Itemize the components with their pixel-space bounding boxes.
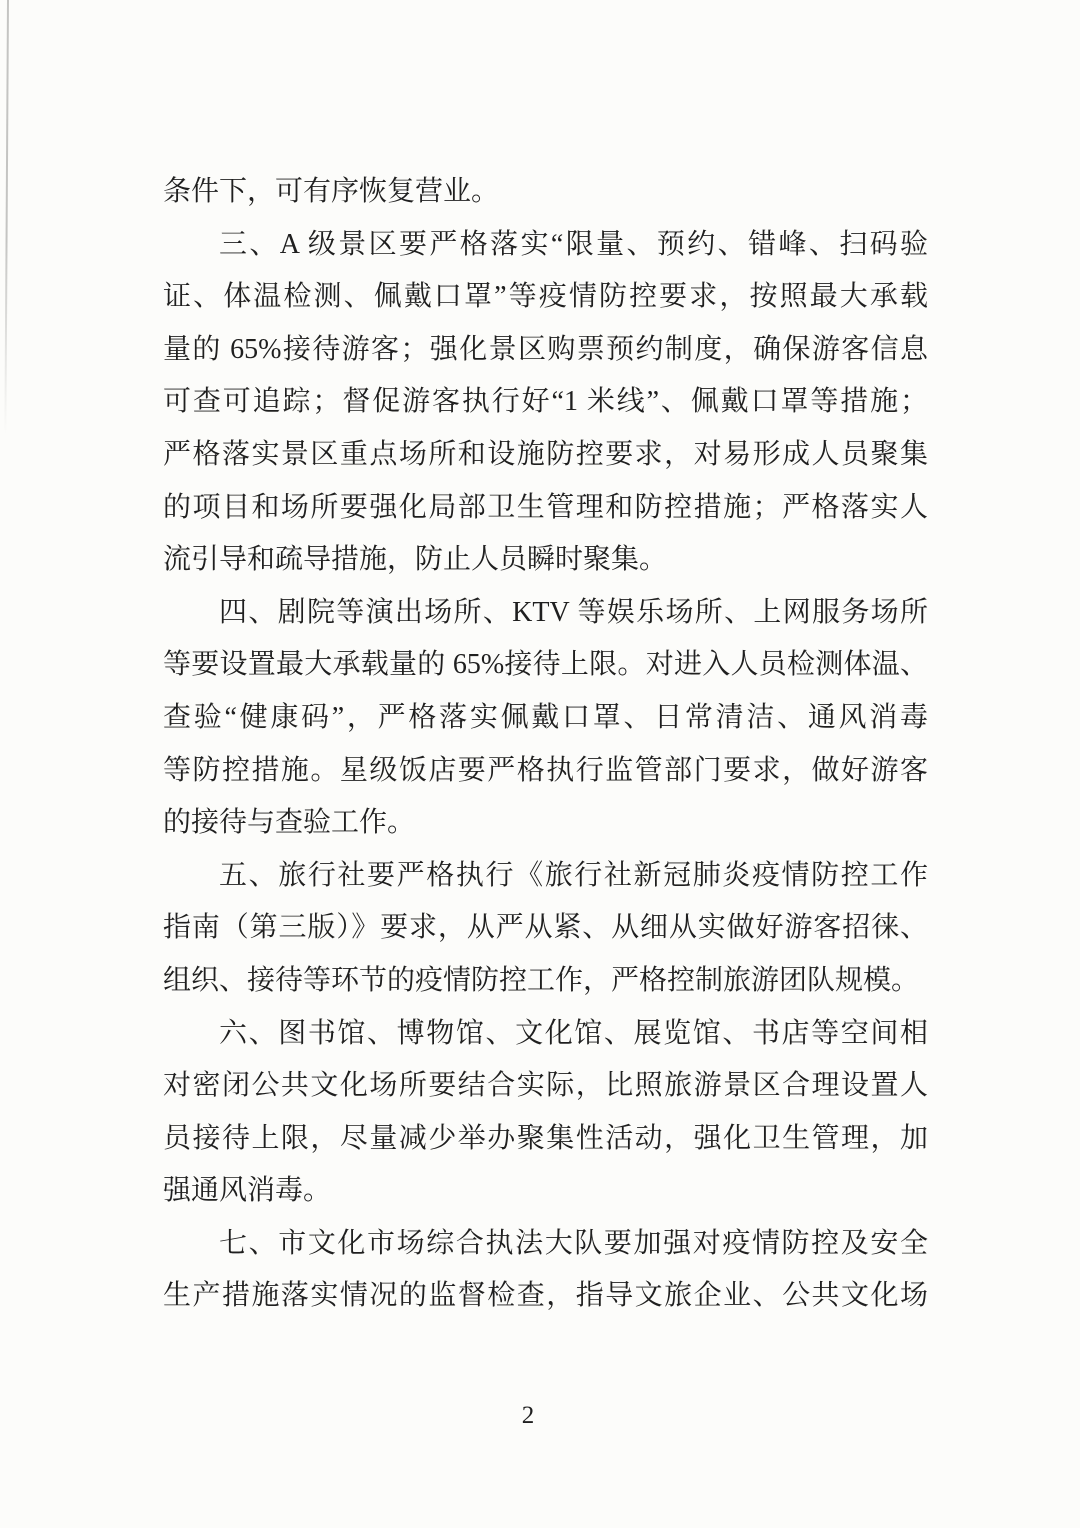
text-line: 三、A 级景区要严格落实“限量、预约、错峰、扫码验 (163, 219, 928, 272)
text-line: 的项目和场所要强化局部卫生管理和防控措施；严格落实人 (163, 482, 928, 535)
text-line: 五、旅行社要严格执行《旅行社新冠肺炎疫情防控工作 (163, 850, 928, 903)
text-line: 等防控措施。星级饭店要严格执行监管部门要求，做好游客 (163, 745, 928, 798)
page-number: 2 (0, 1400, 1056, 1432)
text-line: 的接待与查验工作。 (163, 797, 928, 850)
text-line: 条件下，可有序恢复营业。 (163, 166, 928, 219)
document-body: 条件下，可有序恢复营业。三、A 级景区要严格落实“限量、预约、错峰、扫码验证、体… (163, 166, 928, 1323)
text-line: 员接待上限，尽量减少举办聚集性活动，强化卫生管理，加 (163, 1113, 928, 1166)
text-line: 可查可追踪；督促游客执行好“1 米线”、佩戴口罩等措施； (163, 376, 928, 429)
text-line: 强通风消毒。 (163, 1165, 928, 1218)
scan-edge-artifact (4, 0, 9, 435)
text-line: 七、市文化市场综合执法大队要加强对疫情防控及安全 (163, 1218, 928, 1271)
text-line: 六、图书馆、博物馆、文化馆、展览馆、书店等空间相 (163, 1008, 928, 1061)
text-line: 证、体温检测、佩戴口罩”等疫情防控要求，按照最大承载 (163, 271, 928, 324)
text-line: 组织、接待等环节的疫情防控工作，严格控制旅游团队规模。 (163, 955, 928, 1008)
scanned-document-screenshot: { "page": { "number": "2" }, "colors": {… (0, 0, 1080, 1528)
text-line: 生产措施落实情况的监督检查，指导文旅企业、公共文化场 (163, 1270, 928, 1323)
text-line: 等要设置最大承载量的 65%接待上限。对进入人员检测体温、 (163, 639, 928, 692)
document-page: 条件下，可有序恢复营业。三、A 级景区要严格落实“限量、预约、错峰、扫码验证、体… (0, 0, 1080, 1528)
text-line: 严格落实景区重点场所和设施防控要求，对易形成人员聚集 (163, 429, 928, 482)
text-line: 量的 65%接待游客；强化景区购票预约制度，确保游客信息 (163, 324, 928, 377)
text-line: 查验“健康码”，严格落实佩戴口罩、日常清洁、通风消毒 (163, 692, 928, 745)
text-line: 四、剧院等演出场所、KTV 等娱乐场所、上网服务场所 (163, 587, 928, 640)
text-line: 对密闭公共文化场所要结合实际，比照旅游景区合理设置人 (163, 1060, 928, 1113)
text-line: 流引导和疏导措施，防止人员瞬时聚集。 (163, 534, 928, 587)
text-line: 指南（第三版）》要求，从严从紧、从细从实做好游客招徕、 (163, 902, 928, 955)
